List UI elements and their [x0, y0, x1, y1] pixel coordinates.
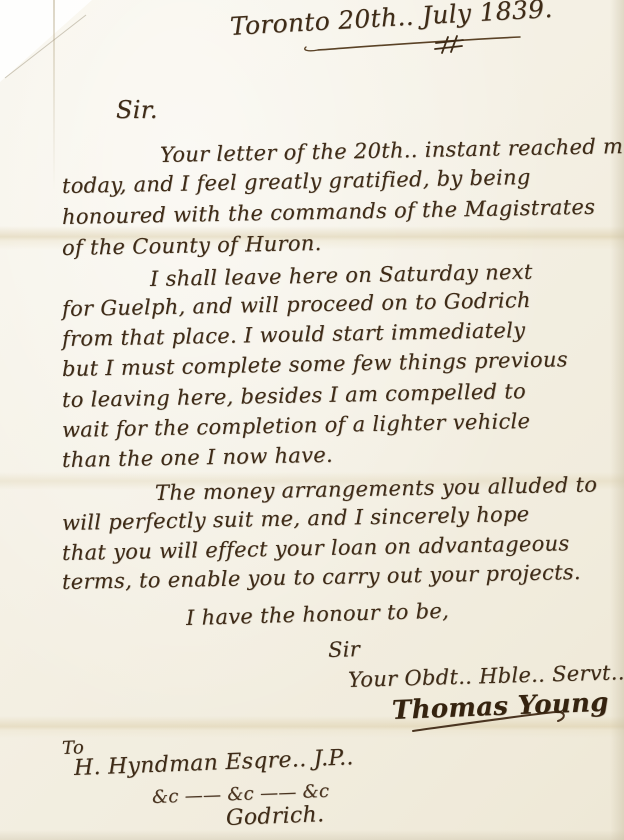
closing-servant-line: Your Obdt.. Hble.. Servt..	[348, 660, 624, 692]
closing-honour-line: I have the honour to be,	[186, 599, 450, 630]
salutation: Sir.	[116, 96, 158, 124]
body-line: that you will effect your loan on advant…	[62, 531, 570, 565]
body-line: terms, to enable you to carry out your p…	[62, 560, 581, 594]
body-line: to leaving here, besides I am compelled …	[62, 379, 526, 412]
body-line: honoured with the commands of the Magist…	[62, 195, 596, 229]
dateline: Toronto 20th.. July 1839.	[229, 0, 553, 41]
paper-edge-right	[610, 0, 624, 840]
body-line: I shall leave here on Saturday next	[150, 260, 533, 291]
body-line: but I must complete some few things prev…	[62, 347, 568, 381]
letter-page: Toronto 20th.. July 1839. Sir. Your lett…	[0, 0, 624, 840]
paper-crease	[53, 0, 55, 190]
body-line: of the County of Huron.	[62, 231, 322, 260]
paper-edge-bottom	[0, 830, 624, 840]
closing-sir-line: Sir	[328, 637, 361, 662]
body-line: today, and I feel greatly gratified, by …	[62, 165, 531, 198]
body-line: wait for the completion of a lighter veh…	[62, 409, 531, 442]
body-line: for Guelph, and will proceed on to Godri…	[62, 288, 531, 321]
paper-corner-fold	[0, 0, 92, 82]
body-line: will perfectly suit me, and I sincerely …	[62, 502, 530, 535]
address-recipient: H. Hyndman Esqre.. J.P..	[74, 745, 355, 781]
body-line: Your letter of the 20th.. instant reache…	[160, 134, 624, 167]
body-line: than the one I now have.	[62, 443, 333, 472]
body-line: from that place. I would start immediate…	[62, 318, 526, 351]
address-place: Godrich.	[226, 802, 325, 831]
